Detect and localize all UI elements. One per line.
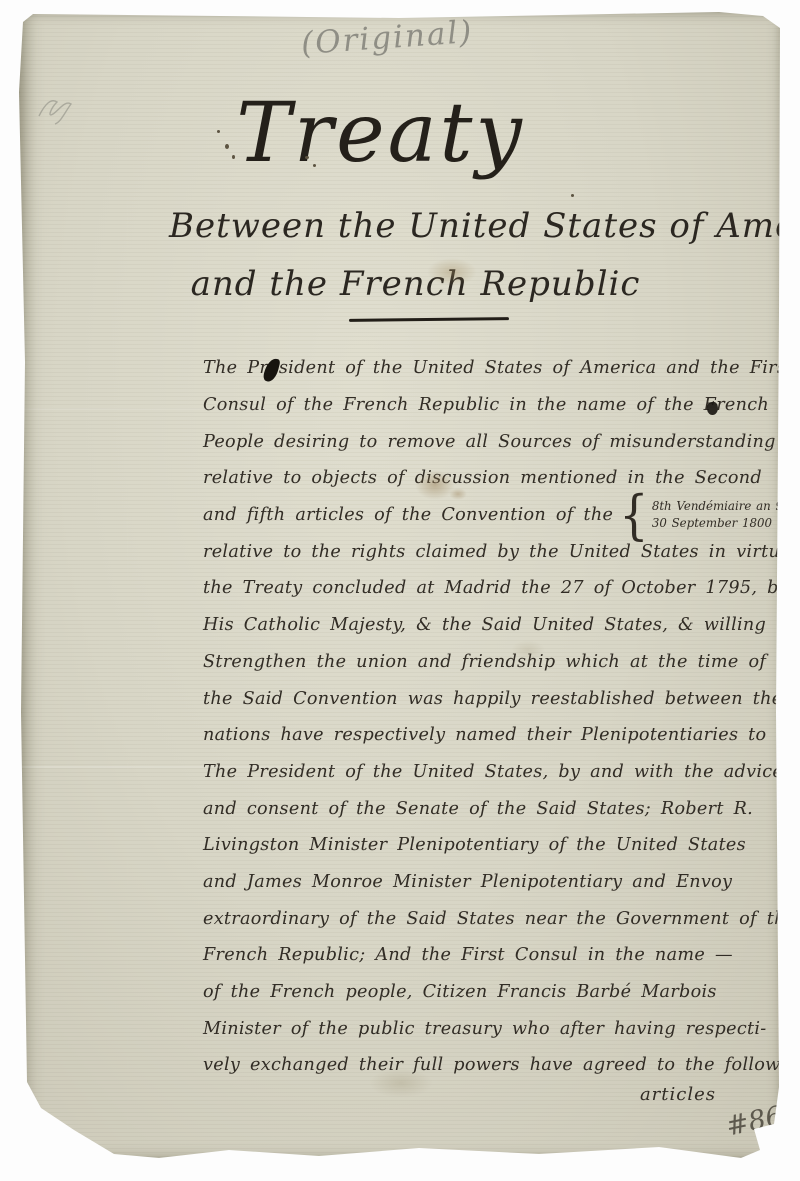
body-line: The President of the United States, by a… [203, 754, 776, 791]
treaty-page: (Original) Treaty Between the United Sta… [19, 12, 782, 1162]
body-line: and James Monroe Minister Plenipotentiar… [203, 864, 776, 901]
subtitle-line-1: Between the United States of America [169, 206, 776, 246]
close-brace: } [786, 489, 800, 542]
body-line: Strengthen the union and friendship whic… [203, 644, 776, 681]
body-line: Livingston Minister Plenipotentiary of t… [203, 827, 776, 864]
body-line-text: and fifth articles of the Convention of … [203, 505, 613, 525]
body-line: extraordinary of the Said States near th… [203, 900, 776, 937]
body-line: People desiring to remove all Sources of… [203, 423, 776, 460]
open-brace: { [619, 489, 649, 542]
articles-word: articles [640, 1084, 716, 1105]
bracket-line-1: 8th Vendémiaire an 9 [652, 498, 783, 515]
body-line: Consul of the French Republic in the nam… [203, 387, 776, 424]
body-line: of the French people, Citizen Francis Ba… [203, 974, 776, 1011]
bracket-date-insert: { 8th Vendémiaire an 9 30 September 1800… [619, 492, 800, 538]
pencil-original-label: (Original) [300, 14, 475, 62]
body-line: The President of the United States of Am… [203, 350, 776, 387]
treaty-title: Treaty [19, 86, 742, 181]
treaty-body: The President of the United States of Am… [203, 350, 776, 1084]
body-line: Minister of the public treasury who afte… [203, 1010, 776, 1047]
body-line-with-bracket: and fifth articles of the Convention of … [203, 497, 776, 534]
body-line: vely exchanged their full powers have ag… [203, 1047, 776, 1084]
subtitle-line-2: and the French Republic [169, 264, 662, 304]
body-line: and consent of the Senate of the Said St… [203, 790, 776, 827]
pencil-number-mark: #86 [723, 1100, 785, 1142]
body-line: the Said Convention was happily reestabl… [203, 680, 776, 717]
bracket-line-2: 30 September 1800 [652, 515, 783, 532]
photo-background: (Original) Treaty Between the United Sta… [0, 0, 800, 1181]
body-line: French Republic; And the First Consul in… [203, 937, 776, 974]
ink-speckles [571, 194, 574, 197]
body-line: relative to the rights claimed by the Un… [203, 533, 776, 570]
body-line: His Catholic Majesty, & the Said United … [203, 607, 776, 644]
title-divider-rule [349, 317, 509, 322]
body-line: the Treaty concluded at Madrid the 27 of… [203, 570, 776, 607]
body-line: nations have respectively named their Pl… [203, 717, 776, 754]
